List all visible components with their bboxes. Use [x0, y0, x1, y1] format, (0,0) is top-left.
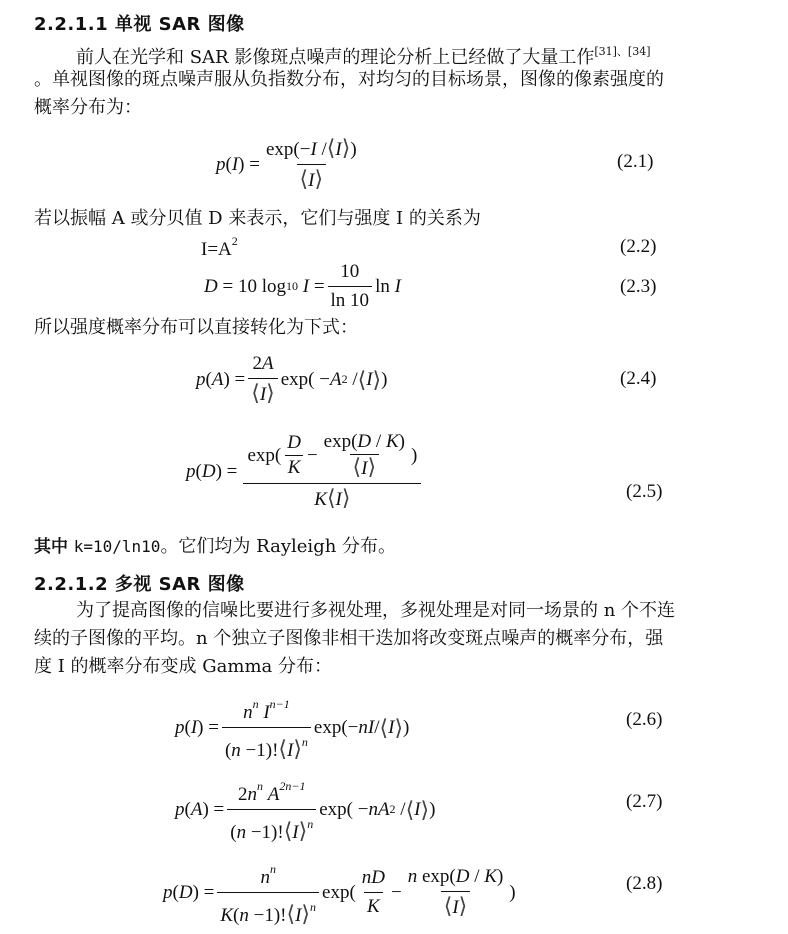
- fraction: 2A ⟨I⟩: [248, 352, 278, 407]
- section-heading-multi-look: 2.2.1.2 多视 SAR 图像: [34, 570, 245, 596]
- equation-2-6: p(I) = nn In−1 (n −1)!⟨I⟩n exp(−nI /⟨I⟩): [175, 692, 409, 763]
- fraction: nn In−1 (n −1)!⟨I⟩n: [222, 692, 311, 763]
- inline-formula: k=10/ln10: [74, 537, 161, 556]
- equation-2-2: I=A2: [201, 234, 238, 261]
- equation-number: (2.2): [620, 236, 656, 258]
- equation-2-8: p(D) = nn K(n −1)!⟨I⟩n exp( nDK − n exp(…: [163, 857, 516, 928]
- equation-text: I=A: [201, 239, 232, 260]
- section-heading-single-look: 2.2.1.1 单视 SAR 图像: [34, 10, 245, 36]
- equation-2-7: p(A) = 2nn A2n−1 (n −1)!⟨I⟩n exp( −nA2 /…: [175, 774, 435, 845]
- text-suffix: 。它们均为 Rayleigh 分布。: [160, 536, 396, 557]
- superscript: 2: [232, 234, 238, 248]
- fraction: exp( DK − exp(D / K)⟨I⟩ ) K⟨I⟩: [243, 432, 421, 512]
- paragraph-line: 概率分布为：: [34, 94, 142, 122]
- fraction: DK: [284, 433, 304, 478]
- citation-refs[interactable]: [31]、[34]: [594, 45, 650, 58]
- paragraph-line: 为了提高图像的信噪比要进行多视处理，多视处理是对同一场景的 n 个不连: [76, 597, 675, 625]
- equation-number: (2.3): [620, 276, 656, 298]
- fraction: n exp(D / K)⟨I⟩: [405, 865, 507, 920]
- paragraph-line: 其中 k=10/ln10。它们均为 Rayleigh 分布。: [34, 533, 396, 561]
- equation-2-4: p(A) = 2A ⟨I⟩ exp( −A2 /⟨I⟩): [196, 352, 387, 407]
- paragraph-line: 。单视图像的斑点噪声服从负指数分布，对均匀的目标场景，图像的像素强度的: [34, 66, 664, 94]
- equation-number: (2.4): [620, 368, 656, 390]
- fraction: exp(−I /⟨I⟩) ⟨I⟩: [263, 136, 360, 193]
- paragraph-line: 续的子图像的平均。n 个独立子图像非相干迭加将改变斑点噪声的概率分布，强: [34, 625, 663, 653]
- equation-number: (2.8): [626, 873, 662, 895]
- fraction: exp(D / K)⟨I⟩: [321, 432, 408, 479]
- equation-2-5: p(D) = exp( DK − exp(D / K)⟨I⟩ ) K⟨I⟩: [186, 432, 424, 512]
- paragraph-text: 前人在光学和 SAR 影像斑点噪声的理论分析上已经做了大量工作: [76, 47, 594, 68]
- equation-number: (2.6): [626, 709, 662, 731]
- equation-2-3: D = 10 log10 I = 10 ln 10 ln I: [204, 260, 401, 313]
- equation-number: (2.1): [617, 151, 653, 173]
- fraction: 10 ln 10: [328, 260, 373, 313]
- equation-number: (2.5): [626, 481, 662, 503]
- text-prefix: 其中: [34, 537, 68, 557]
- fraction: 2nn A2n−1 (n −1)!⟨I⟩n: [227, 774, 316, 845]
- fraction: nn K(n −1)!⟨I⟩n: [217, 857, 319, 928]
- paragraph-line: 所以强度概率分布可以直接转化为下式：: [34, 314, 358, 342]
- equation-number: (2.7): [626, 791, 662, 813]
- paragraph-line: 若以振幅 A 或分贝值 D 来表示，它们与强度 I 的关系为: [34, 205, 481, 233]
- paragraph-line: 度 I 的概率分布变成 Gamma 分布：: [34, 653, 332, 681]
- equation-2-1: p(I) = exp(−I /⟨I⟩) ⟨I⟩: [216, 136, 363, 193]
- fraction: nDK: [359, 866, 388, 919]
